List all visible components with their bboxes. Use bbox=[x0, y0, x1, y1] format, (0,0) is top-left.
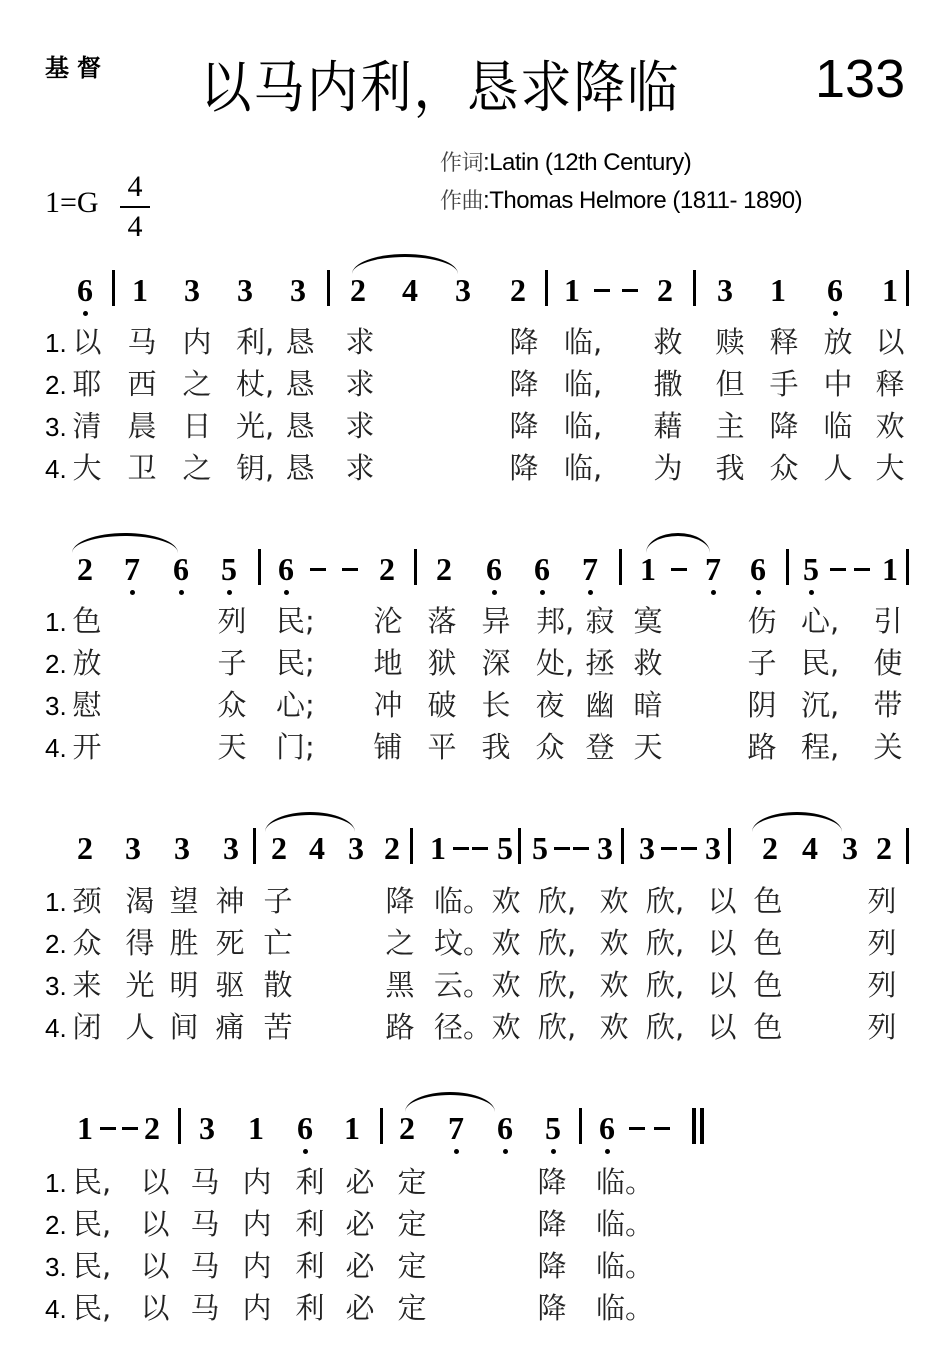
lyric-syllable: 平 bbox=[422, 733, 462, 762]
slur bbox=[405, 1092, 495, 1112]
lyric-syllable: 亡 bbox=[258, 929, 298, 958]
note: 2 bbox=[73, 553, 97, 585]
lyric-syllable: 痛 bbox=[210, 1013, 250, 1042]
lyric-syllable: 闭 bbox=[67, 1013, 107, 1042]
lyric-syllable: 临, bbox=[558, 454, 620, 483]
note: 5 bbox=[217, 553, 241, 585]
dash-extension bbox=[122, 1127, 138, 1130]
lyric-syllable: 释 bbox=[870, 370, 910, 399]
dash-extension bbox=[629, 1127, 645, 1130]
barline bbox=[253, 828, 256, 864]
lyric-syllable: 列 bbox=[862, 971, 902, 1000]
lyric-syllable: 阴 bbox=[742, 691, 782, 720]
time-signature: 4 4 bbox=[118, 172, 152, 242]
verse-number: 1. bbox=[45, 330, 67, 356]
lyric-syllable: 神 bbox=[210, 887, 250, 916]
note: 2 bbox=[758, 832, 782, 864]
note: 7 bbox=[578, 553, 602, 585]
lyric-syllable: 路 bbox=[380, 1013, 420, 1042]
verse-number: 4. bbox=[45, 456, 67, 482]
lyric-syllable: 沉, bbox=[795, 691, 857, 720]
note: 7 bbox=[444, 1112, 468, 1144]
lyric-syllable: 降 bbox=[504, 370, 544, 399]
lyric-syllable: 必 bbox=[340, 1294, 380, 1323]
dash-extension bbox=[681, 847, 697, 850]
lyric-syllable: 望 bbox=[164, 887, 204, 916]
note: 6 bbox=[169, 553, 193, 585]
note: 3 bbox=[233, 274, 257, 306]
note: 1 bbox=[636, 553, 660, 585]
lyric-syllable: 欣, bbox=[532, 971, 594, 1000]
verse-number: 1. bbox=[45, 889, 67, 915]
lyric-syllable: 晨 bbox=[122, 412, 162, 441]
note: 6 bbox=[823, 274, 847, 306]
lyric-syllable: 以 bbox=[135, 1294, 175, 1323]
dash-extension bbox=[342, 568, 358, 571]
lyric-syllable: 之 bbox=[380, 929, 420, 958]
verse-number: 3. bbox=[45, 693, 67, 719]
note: 3 bbox=[451, 274, 475, 306]
note: 2 bbox=[375, 553, 399, 585]
lyric-syllable: 得 bbox=[120, 929, 160, 958]
lyric-syllable: 破 bbox=[422, 691, 462, 720]
lyric-syllable: 手 bbox=[764, 370, 804, 399]
lyric-syllable: 色 bbox=[67, 607, 107, 636]
lyricist-credit: 作词:Latin (12th Century) bbox=[440, 146, 691, 177]
lyric-syllable: 人 bbox=[120, 1013, 160, 1042]
lyric-syllable: 定 bbox=[392, 1210, 432, 1239]
lyric-syllable: 民, bbox=[67, 1210, 129, 1239]
lyric-syllable: 利 bbox=[290, 1168, 330, 1197]
verse-number: 2. bbox=[45, 931, 67, 957]
key-signature: 1=G bbox=[45, 186, 99, 220]
verse-number: 1. bbox=[45, 609, 67, 635]
lyric-syllable: 伤 bbox=[742, 607, 782, 636]
lyric-syllable: 清 bbox=[67, 412, 107, 441]
lyric-syllable: 苦 bbox=[258, 1013, 298, 1042]
hymn-category: 基督 bbox=[45, 48, 109, 83]
note: 3 bbox=[180, 274, 204, 306]
verse-number: 2. bbox=[45, 651, 67, 677]
lyric-syllable: 降 bbox=[532, 1252, 572, 1281]
lyric-syllable: 必 bbox=[340, 1210, 380, 1239]
lyricist-name: Latin (12th Century) bbox=[489, 149, 691, 176]
note: 3 bbox=[701, 832, 725, 864]
note: 1 bbox=[878, 274, 902, 306]
lyric-syllable: 以 bbox=[702, 929, 742, 958]
lyricist-label: 作词 bbox=[440, 151, 483, 176]
lyric-syllable: 民, bbox=[795, 649, 857, 678]
lyric-syllable: 坟。 bbox=[428, 929, 490, 958]
note: 1 bbox=[426, 832, 450, 864]
lyric-syllable: 以 bbox=[702, 1013, 742, 1042]
lyric-syllable: 云。 bbox=[428, 971, 490, 1000]
lyric-syllable: 民, bbox=[67, 1294, 129, 1323]
note: 6 bbox=[73, 274, 97, 306]
note: 2 bbox=[653, 274, 677, 306]
note: 4 bbox=[798, 832, 822, 864]
barline bbox=[906, 549, 909, 585]
lyric-syllable: 以 bbox=[870, 328, 910, 357]
slur bbox=[265, 812, 355, 832]
lyric-syllable: 路 bbox=[742, 733, 782, 762]
lyric-syllable: 众 bbox=[530, 733, 570, 762]
note: 6 bbox=[293, 1112, 317, 1144]
lyric-syllable: 关 bbox=[868, 733, 908, 762]
note: 2 bbox=[380, 832, 404, 864]
lyric-syllable: 沦 bbox=[368, 607, 408, 636]
lyric-syllable: 降 bbox=[532, 1294, 572, 1323]
dash-extension bbox=[594, 289, 610, 292]
lyric-syllable: 放 bbox=[818, 328, 858, 357]
time-fraction-bar bbox=[120, 206, 150, 208]
lyric-syllable: 我 bbox=[710, 454, 750, 483]
lyric-syllable: 引 bbox=[868, 607, 908, 636]
lyric-syllable: 光 bbox=[120, 971, 160, 1000]
lyric-syllable: 求 bbox=[340, 412, 380, 441]
lyric-syllable: 色 bbox=[748, 1013, 788, 1042]
lyric-syllable: 以 bbox=[702, 971, 742, 1000]
time-numerator: 4 bbox=[118, 172, 152, 202]
note: 2 bbox=[346, 274, 370, 306]
slur bbox=[752, 812, 842, 832]
lyric-syllable: 撒 bbox=[648, 370, 688, 399]
lyric-syllable: 耶 bbox=[67, 370, 107, 399]
lyric-syllable: 列 bbox=[862, 1013, 902, 1042]
dash-extension bbox=[622, 289, 638, 292]
lyric-syllable: 欢 bbox=[486, 1013, 526, 1042]
note: 3 bbox=[838, 832, 862, 864]
lyric-syllable: 救 bbox=[648, 328, 688, 357]
lyric-syllable: 卫 bbox=[122, 454, 162, 483]
lyric-syllable: 恳 bbox=[280, 328, 320, 357]
lyric-syllable: 以 bbox=[135, 1252, 175, 1281]
lyric-syllable: 夜 bbox=[530, 691, 570, 720]
note: 5 bbox=[528, 832, 552, 864]
note: 2 bbox=[140, 1112, 164, 1144]
lyric-syllable: 欣, bbox=[640, 929, 702, 958]
lyric-syllable: 死 bbox=[210, 929, 250, 958]
lyric-syllable: 门; bbox=[270, 733, 332, 762]
barline bbox=[178, 1108, 181, 1144]
lyric-syllable: 寞 bbox=[628, 607, 668, 636]
barline bbox=[693, 270, 696, 306]
lyric-syllable: 众 bbox=[67, 929, 107, 958]
lyric-syllable: 程, bbox=[795, 733, 857, 762]
dash-extension bbox=[310, 568, 326, 571]
lyric-syllable: 开 bbox=[67, 733, 107, 762]
slur bbox=[352, 254, 458, 274]
lyric-syllable: 欢 bbox=[486, 971, 526, 1000]
note: 5 bbox=[493, 832, 517, 864]
lyric-syllable: 求 bbox=[340, 328, 380, 357]
lyric-syllable: 降 bbox=[380, 887, 420, 916]
lyric-syllable: 散 bbox=[258, 971, 298, 1000]
lyric-syllable: 欣, bbox=[532, 1013, 594, 1042]
lyric-syllable: 临。 bbox=[590, 1210, 652, 1239]
lyric-syllable: 欢 bbox=[870, 412, 910, 441]
lyric-syllable: 长 bbox=[476, 691, 516, 720]
lyric-syllable: 利 bbox=[290, 1252, 330, 1281]
note: 7 bbox=[701, 553, 725, 585]
lyric-syllable: 临。 bbox=[590, 1294, 652, 1323]
lyric-syllable: 颈 bbox=[67, 887, 107, 916]
final-double-barline bbox=[692, 1108, 704, 1144]
lyric-syllable: 临。 bbox=[590, 1252, 652, 1281]
lyric-syllable: 必 bbox=[340, 1252, 380, 1281]
lyric-syllable: 我 bbox=[476, 733, 516, 762]
note: 5 bbox=[799, 553, 823, 585]
verse-number: 2. bbox=[45, 1212, 67, 1238]
note: 5 bbox=[541, 1112, 565, 1144]
note: 3 bbox=[713, 274, 737, 306]
lyric-syllable: 径。 bbox=[428, 1013, 490, 1042]
lyric-syllable: 欣, bbox=[532, 929, 594, 958]
verse-number: 4. bbox=[45, 1015, 67, 1041]
verse-number: 3. bbox=[45, 973, 67, 999]
note: 2 bbox=[267, 832, 291, 864]
dash-extension bbox=[100, 1127, 116, 1130]
barline bbox=[258, 549, 261, 585]
lyric-syllable: 中 bbox=[818, 370, 858, 399]
note: 1 bbox=[766, 274, 790, 306]
note: 3 bbox=[635, 832, 659, 864]
barline bbox=[906, 828, 909, 864]
lyric-syllable: 求 bbox=[340, 370, 380, 399]
lyric-syllable: 主 bbox=[710, 412, 750, 441]
lyric-syllable: 降 bbox=[504, 412, 544, 441]
note: 2 bbox=[395, 1112, 419, 1144]
lyric-syllable: 欣, bbox=[532, 887, 594, 916]
note: 3 bbox=[195, 1112, 219, 1144]
slur bbox=[72, 533, 178, 553]
lyric-syllable: 内 bbox=[177, 328, 217, 357]
lyric-syllable: 列 bbox=[862, 887, 902, 916]
lyric-syllable: 欣, bbox=[640, 1013, 702, 1042]
lyric-syllable: 定 bbox=[392, 1294, 432, 1323]
lyric-syllable: 登 bbox=[580, 733, 620, 762]
note: 6 bbox=[482, 553, 506, 585]
lyric-syllable: 天 bbox=[628, 733, 668, 762]
lyric-syllable: 恳 bbox=[280, 412, 320, 441]
note: 3 bbox=[286, 274, 310, 306]
barline bbox=[545, 270, 548, 306]
lyric-syllable: 落 bbox=[422, 607, 462, 636]
lyric-syllable: 临。 bbox=[590, 1168, 652, 1197]
note: 2 bbox=[73, 832, 97, 864]
dash-extension bbox=[654, 1127, 670, 1130]
composer-credit: 作曲:Thomas Helmore (1811- 1890) bbox=[440, 184, 802, 215]
note: 3 bbox=[170, 832, 194, 864]
lyric-syllable: 降 bbox=[532, 1168, 572, 1197]
lyric-syllable: 降 bbox=[532, 1210, 572, 1239]
lyric-syllable: 民; bbox=[270, 649, 332, 678]
lyric-syllable: 心, bbox=[795, 607, 857, 636]
note: 6 bbox=[493, 1112, 517, 1144]
lyric-syllable: 必 bbox=[340, 1168, 380, 1197]
lyric-syllable: 临 bbox=[818, 412, 858, 441]
dash-extension bbox=[661, 847, 677, 850]
note: 1 bbox=[560, 274, 584, 306]
lyric-syllable: 利 bbox=[290, 1294, 330, 1323]
lyric-syllable: 利 bbox=[290, 1210, 330, 1239]
note: 3 bbox=[593, 832, 617, 864]
lyric-syllable: 临, bbox=[558, 328, 620, 357]
note: 6 bbox=[595, 1112, 619, 1144]
lyric-syllable: 释 bbox=[764, 328, 804, 357]
lyric-syllable: 天 bbox=[212, 733, 252, 762]
lyric-syllable: 放 bbox=[67, 649, 107, 678]
lyric-syllable: 以 bbox=[135, 1168, 175, 1197]
lyric-syllable: 狱 bbox=[422, 649, 462, 678]
lyric-syllable: 内 bbox=[237, 1210, 277, 1239]
dash-extension bbox=[472, 847, 488, 850]
barline bbox=[786, 549, 789, 585]
lyric-syllable: 众 bbox=[212, 691, 252, 720]
time-denominator: 4 bbox=[118, 212, 152, 242]
lyric-syllable: 欢 bbox=[594, 1013, 634, 1042]
lyric-syllable: 色 bbox=[748, 971, 788, 1000]
lyric-syllable: 子 bbox=[258, 887, 298, 916]
barline bbox=[728, 828, 731, 864]
lyric-syllable: 胜 bbox=[164, 929, 204, 958]
barline bbox=[619, 549, 622, 585]
lyric-syllable: 临, bbox=[558, 412, 620, 441]
lyric-syllable: 马 bbox=[185, 1294, 225, 1323]
lyric-syllable: 内 bbox=[237, 1252, 277, 1281]
lyric-syllable: 使 bbox=[868, 649, 908, 678]
lyric-syllable: 欣, bbox=[640, 971, 702, 1000]
note: 1 bbox=[128, 274, 152, 306]
barline bbox=[906, 270, 909, 306]
lyric-syllable: 以 bbox=[135, 1210, 175, 1239]
lyric-syllable: 色 bbox=[748, 929, 788, 958]
note: 1 bbox=[340, 1112, 364, 1144]
verse-number: 4. bbox=[45, 1296, 67, 1322]
note: 2 bbox=[432, 553, 456, 585]
lyric-syllable: 为 bbox=[648, 454, 688, 483]
lyric-syllable: 间 bbox=[164, 1013, 204, 1042]
note: 4 bbox=[305, 832, 329, 864]
note: 1 bbox=[878, 553, 902, 585]
lyric-syllable: 马 bbox=[185, 1168, 225, 1197]
barline bbox=[621, 828, 624, 864]
barline bbox=[112, 270, 115, 306]
lyric-syllable: 欢 bbox=[594, 887, 634, 916]
lyric-syllable: 色 bbox=[748, 887, 788, 916]
lyric-syllable: 恳 bbox=[280, 370, 320, 399]
barline bbox=[327, 270, 330, 306]
lyric-syllable: 求 bbox=[340, 454, 380, 483]
verse-number: 4. bbox=[45, 735, 67, 761]
lyric-syllable: 马 bbox=[122, 328, 162, 357]
lyric-syllable: 定 bbox=[392, 1252, 432, 1281]
note: 6 bbox=[746, 553, 770, 585]
lyric-syllable: 寂 bbox=[580, 607, 620, 636]
lyric-syllable: 子 bbox=[212, 649, 252, 678]
lyric-syllable: 赎 bbox=[710, 328, 750, 357]
hymn-number: 133 bbox=[815, 48, 905, 110]
lyric-syllable: 冲 bbox=[368, 691, 408, 720]
note: 1 bbox=[244, 1112, 268, 1144]
lyric-syllable: 马 bbox=[185, 1210, 225, 1239]
composer-label: 作曲 bbox=[440, 189, 483, 214]
dash-extension bbox=[830, 568, 846, 571]
lyric-syllable: 民; bbox=[270, 607, 332, 636]
note: 3 bbox=[121, 832, 145, 864]
lyric-syllable: 降 bbox=[504, 328, 544, 357]
verse-number: 3. bbox=[45, 1254, 67, 1280]
lyric-syllable: 欢 bbox=[486, 887, 526, 916]
lyric-syllable: 列 bbox=[212, 607, 252, 636]
note: 4 bbox=[398, 274, 422, 306]
lyric-syllable: 暗 bbox=[628, 691, 668, 720]
lyric-syllable: 定 bbox=[392, 1168, 432, 1197]
lyric-syllable: 大 bbox=[870, 454, 910, 483]
lyric-syllable: 欢 bbox=[486, 929, 526, 958]
note: 3 bbox=[344, 832, 368, 864]
lyric-syllable: 但 bbox=[710, 370, 750, 399]
lyric-syllable: 内 bbox=[237, 1294, 277, 1323]
lyric-syllable: 内 bbox=[237, 1168, 277, 1197]
lyric-syllable: 子 bbox=[742, 649, 782, 678]
lyric-syllable: 救 bbox=[628, 649, 668, 678]
verse-number: 1. bbox=[45, 1170, 67, 1196]
lyric-syllable: 渴 bbox=[120, 887, 160, 916]
lyric-syllable: 带 bbox=[868, 691, 908, 720]
lyric-syllable: 幽 bbox=[580, 691, 620, 720]
note: 3 bbox=[219, 832, 243, 864]
dash-extension bbox=[453, 847, 469, 850]
lyric-syllable: 藉 bbox=[648, 412, 688, 441]
lyric-syllable: 日 bbox=[177, 412, 217, 441]
lyric-syllable: 降 bbox=[764, 412, 804, 441]
lyric-syllable: 欢 bbox=[594, 929, 634, 958]
composer-name: Thomas Helmore (1811- 1890) bbox=[489, 187, 802, 214]
dash-extension bbox=[554, 847, 570, 850]
lyric-syllable: 之 bbox=[177, 454, 217, 483]
lyric-syllable: 黑 bbox=[380, 971, 420, 1000]
barline bbox=[380, 1108, 383, 1144]
lyric-syllable: 欢 bbox=[594, 971, 634, 1000]
lyric-syllable: 临。 bbox=[428, 887, 490, 916]
note: 6 bbox=[530, 553, 554, 585]
lyric-syllable: 以 bbox=[702, 887, 742, 916]
verse-number: 2. bbox=[45, 372, 67, 398]
lyric-syllable: 民, bbox=[67, 1252, 129, 1281]
lyric-syllable: 降 bbox=[504, 454, 544, 483]
barline bbox=[410, 828, 413, 864]
lyric-syllable: 恳 bbox=[280, 454, 320, 483]
lyric-syllable: 来 bbox=[67, 971, 107, 1000]
lyric-syllable: 慰 bbox=[67, 691, 107, 720]
barline bbox=[579, 1108, 582, 1144]
note: 7 bbox=[120, 553, 144, 585]
lyric-syllable: 心; bbox=[270, 691, 332, 720]
note: 6 bbox=[274, 553, 298, 585]
hymn-title: 以马内利，恳求降临 bbox=[200, 44, 680, 124]
dash-extension bbox=[573, 847, 589, 850]
lyric-syllable: 大 bbox=[67, 454, 107, 483]
note: 2 bbox=[872, 832, 896, 864]
slur bbox=[646, 533, 710, 553]
lyric-syllable: 异 bbox=[476, 607, 516, 636]
lyric-syllable: 驱 bbox=[210, 971, 250, 1000]
dash-extension bbox=[854, 568, 870, 571]
barline bbox=[414, 549, 417, 585]
lyric-syllable: 民, bbox=[67, 1168, 129, 1197]
lyric-syllable: 地 bbox=[368, 649, 408, 678]
